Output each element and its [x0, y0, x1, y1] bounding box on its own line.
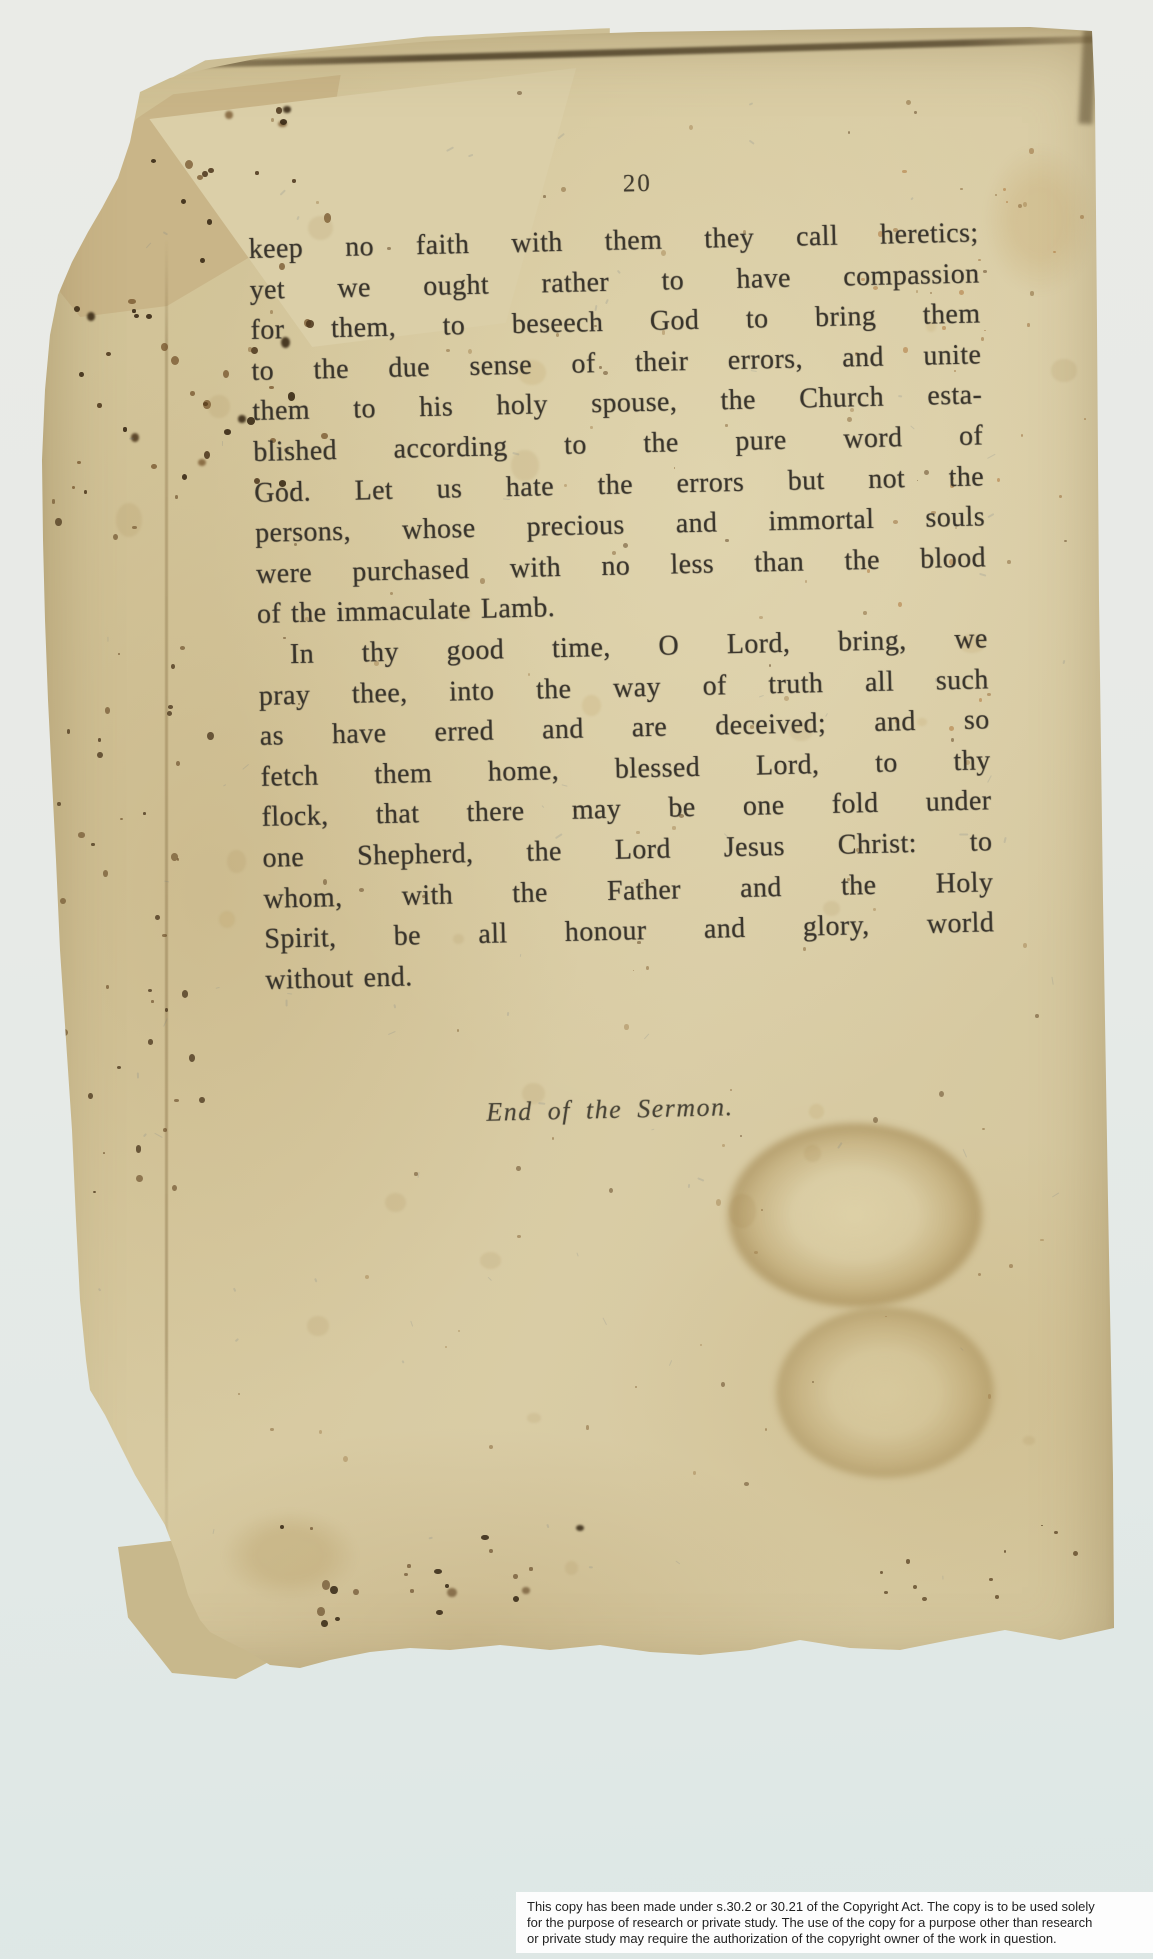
printed-text-block: 20 keep no faith with them they call her… — [247, 158, 977, 175]
scan-background: 20 keep no faith with them they call her… — [0, 0, 1153, 1959]
page-edge-shadow — [195, 36, 1100, 68]
page-edge-shadow — [1079, 29, 1098, 125]
end-of-sermon-note: End of the Sermon. — [486, 1092, 734, 1128]
copyright-notice: This copy has been made under s.30.2 or … — [516, 1892, 1153, 1953]
copyright-line: This copy has been made under s.30.2 or … — [527, 1899, 1147, 1915]
water-stain — [965, 120, 1115, 320]
paper-page: 20 keep no faith with them they call her… — [35, 25, 1120, 1685]
copyright-line: or private study may require the authori… — [527, 1931, 1147, 1947]
page-number: 20 — [602, 169, 673, 199]
copyright-line: for the purpose of research or private s… — [527, 1915, 1147, 1931]
sermon-text: keep no faith with them they call hereti… — [248, 213, 995, 1001]
water-stain — [735, 1275, 1035, 1510]
water-stain — [675, 1085, 1035, 1345]
fold-crease — [165, 240, 168, 1585]
water-stain — [200, 1495, 380, 1615]
